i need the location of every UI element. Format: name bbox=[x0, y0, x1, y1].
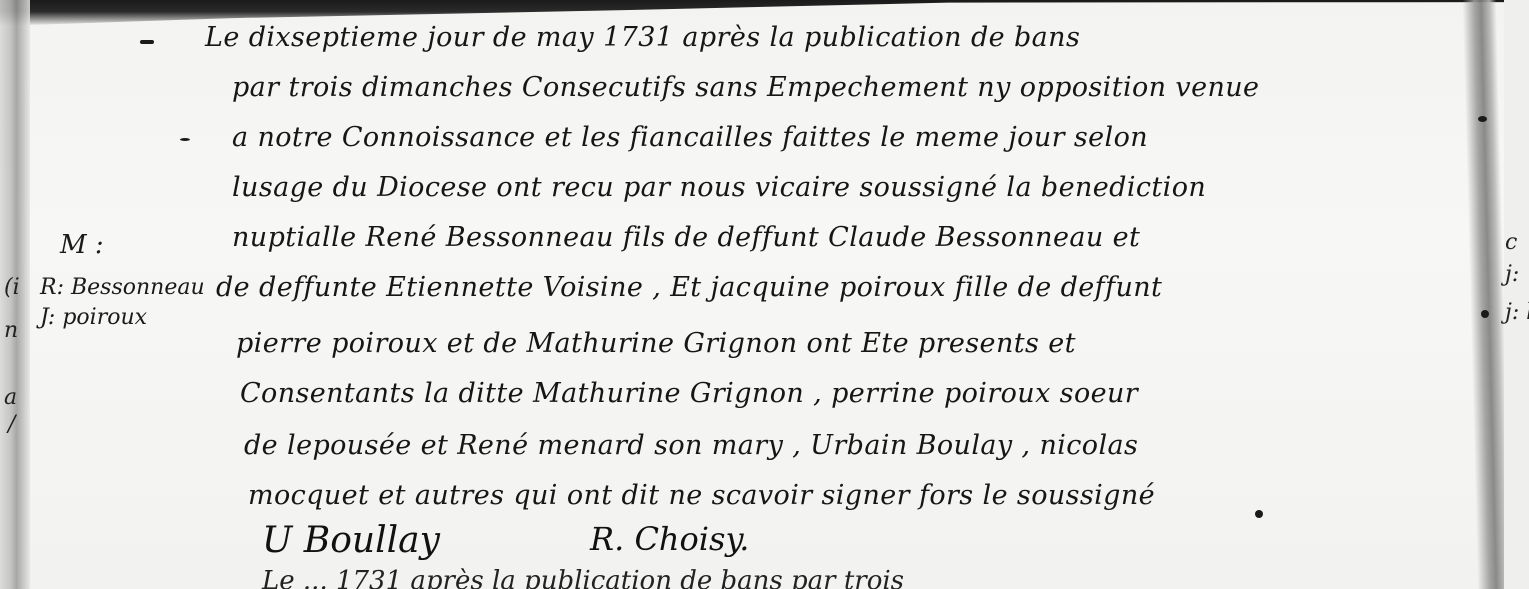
entry-line-4: lusage du Diocese ont recu par nous vica… bbox=[232, 172, 1206, 203]
margin-bride-name: J: poiroux bbox=[40, 305, 147, 330]
edge-fragment-2: n bbox=[4, 318, 18, 343]
entry-line-1: Le dixseptieme jour de may 1731 après la… bbox=[205, 22, 1080, 53]
right-fragment-2: j: bbox=[1505, 262, 1519, 287]
right-fragment-3: j: l bbox=[1505, 300, 1529, 325]
next-entry-fragment: Le ... 1731 après la publication de bans… bbox=[262, 566, 904, 589]
entry-line-10: mocquet et autres qui ont dit ne scavoir… bbox=[248, 480, 1155, 511]
right-fragment-1: c bbox=[1505, 230, 1517, 255]
margin-marriage-label: M : bbox=[60, 230, 104, 260]
signature-choisy: R. Choisy. bbox=[590, 520, 749, 558]
entry-line-9: de lepousée et René menard son mary , Ur… bbox=[244, 430, 1138, 461]
margin-groom-name: R: Bessonneau bbox=[40, 275, 205, 300]
entry-line-6: de deffunte Etiennette Voisine , Et jacq… bbox=[216, 272, 1162, 303]
signature-boullay: U Boullay bbox=[262, 520, 440, 561]
ink-dash bbox=[140, 40, 154, 44]
edge-fragment-4: / bbox=[8, 412, 15, 437]
entry-line-2: par trois dimanches Consecutifs sans Emp… bbox=[232, 72, 1259, 103]
entry-line-8: Consentants la ditte Mathurine Grignon ,… bbox=[240, 378, 1138, 409]
entry-line-5: nuptialle René Bessonneau fils de deffun… bbox=[232, 222, 1140, 253]
ink-dash bbox=[180, 138, 190, 141]
ink-blot bbox=[1478, 116, 1487, 122]
register-page: Le dixseptieme jour de may 1731 après la… bbox=[0, 0, 1529, 589]
entry-line-7: pierre poiroux et de Mathurine Grignon o… bbox=[236, 328, 1076, 359]
ink-blot bbox=[1255, 510, 1263, 518]
edge-fragment-1: (i bbox=[4, 275, 20, 300]
entry-line-3: a notre Connoissance et les fiancailles … bbox=[232, 122, 1148, 153]
facing-page-strip bbox=[1504, 0, 1529, 589]
edge-fragment-3: a bbox=[4, 385, 17, 410]
ink-blot bbox=[1481, 310, 1489, 318]
